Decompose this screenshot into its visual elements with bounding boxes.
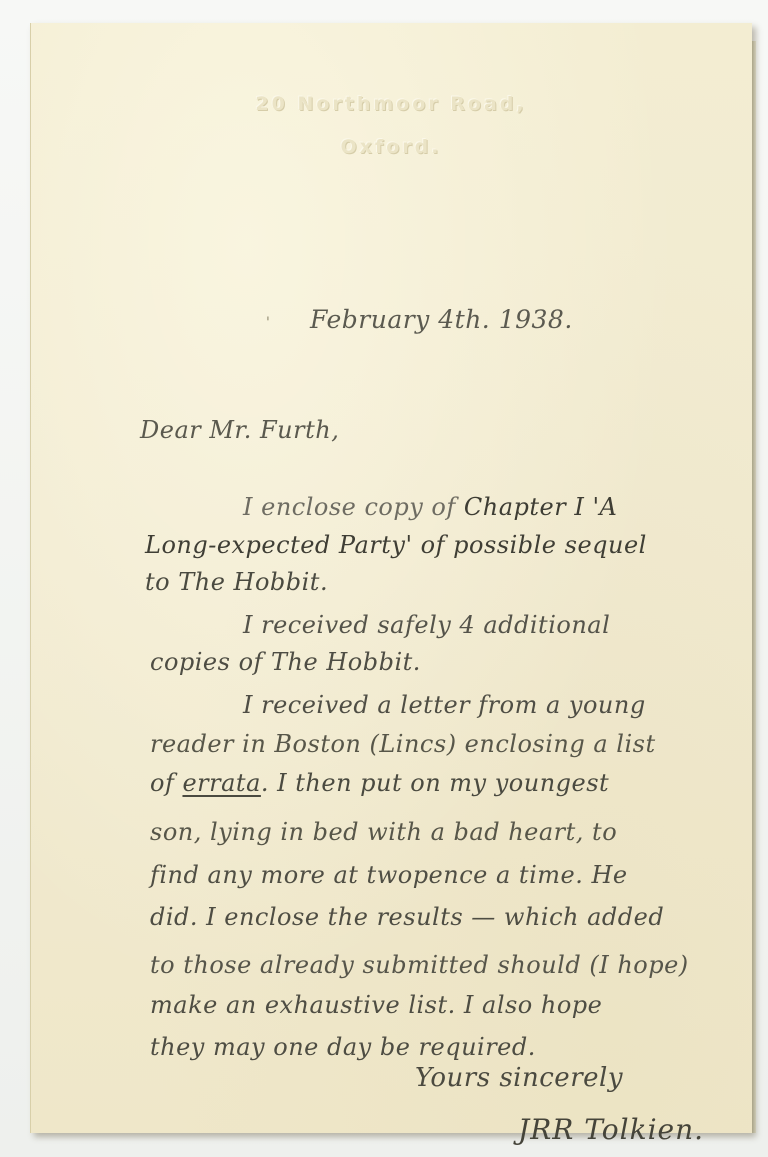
letter-page: 20 Northmoor Road, Oxford. ' February 4t…	[30, 23, 752, 1133]
letterhead-address-line: 20 Northmoor Road,	[30, 93, 752, 115]
body-line: did. I enclose the results — which added	[150, 903, 664, 931]
salutation: Dear Mr. Furth,	[140, 416, 339, 444]
body-line: Long-expected Party' of possible sequel	[145, 531, 647, 559]
underlined-word-errata: errata	[182, 769, 260, 797]
scanned-letter-background: 20 Northmoor Road, Oxford. ' February 4t…	[0, 0, 768, 1157]
body-line: to those already submitted should (I hop…	[150, 951, 689, 979]
body-line: son, lying in bed with a bad heart, to	[150, 818, 617, 846]
closing-valediction: Yours sincerely	[415, 1063, 623, 1093]
body-line: copies of The Hobbit.	[150, 648, 421, 676]
body-line: make an exhaustive list. I also hope	[150, 991, 602, 1019]
body-line: I enclose copy of Chapter I 'A	[243, 493, 617, 521]
body-line-lighter-ink: I enclose copy of	[243, 493, 464, 521]
body-line: reader in Boston (Lincs) enclosing a lis…	[150, 730, 656, 758]
letterhead-city-line: Oxford.	[30, 136, 752, 158]
body-line: I received a letter from a young	[243, 691, 646, 719]
body-line: I received safely 4 additional	[243, 611, 610, 639]
signature: JRR Tolkien.	[518, 1113, 704, 1146]
body-text: of	[150, 769, 182, 797]
body-line: find any more at twopence a time. He	[150, 861, 628, 889]
letter-date: February 4th. 1938.	[310, 305, 573, 334]
body-line-darker-ink: Chapter I 'A	[464, 493, 617, 521]
body-line: they may one day be required.	[150, 1033, 536, 1061]
body-text: . I then put on my youngest	[261, 769, 609, 797]
body-line: of errata. I then put on my youngest	[150, 769, 609, 797]
pencil-mark: '	[266, 315, 270, 331]
body-line: to The Hobbit.	[145, 568, 328, 596]
